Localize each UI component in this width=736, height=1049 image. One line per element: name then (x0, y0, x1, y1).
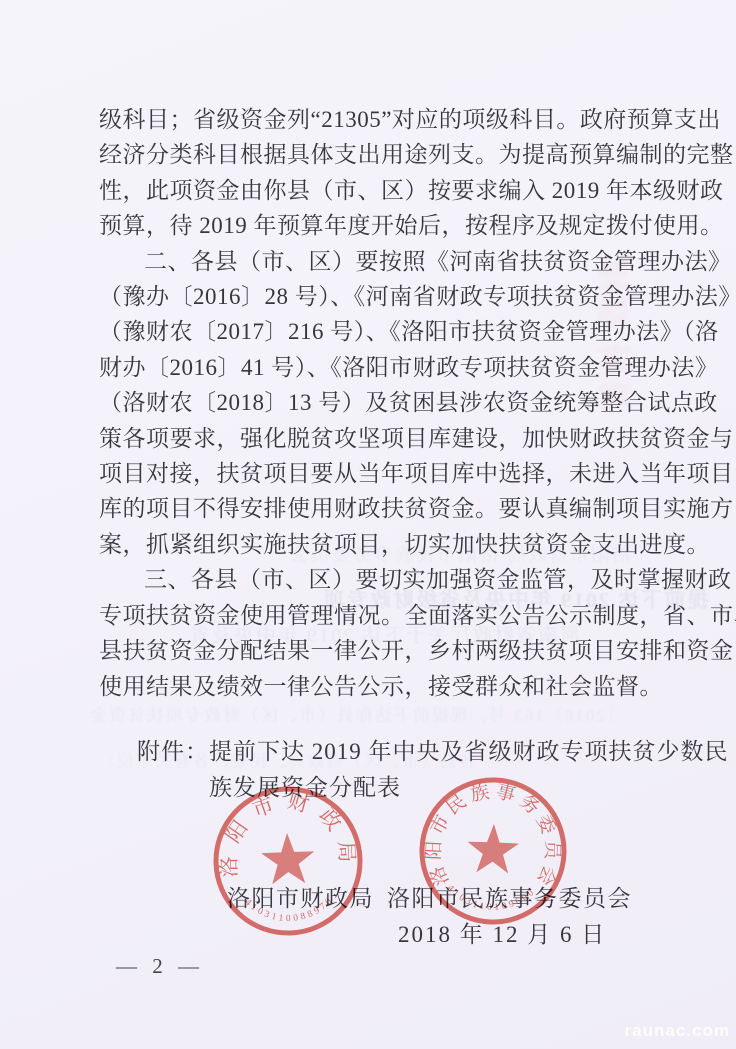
body-line: 策各项要求，强化脱贫攻坚项目库建设，加快财政扶贫资金与 (99, 421, 647, 456)
body-line: （洛财农〔2018〕13 号）及贫困县涉农资金统筹整合试点政 (99, 385, 647, 420)
body-line: 级科目；省级资金列“21305”对应的项级科目。政府预算支出 (99, 102, 647, 137)
watermark: raunac.com (625, 1021, 730, 1041)
body-line: （豫财农〔2017〕216 号）、《洛阳市扶贫资金管理办法》（洛 (99, 314, 647, 349)
official-seal-ethnic-affairs: 洛阳市民族事务委员会 4103110109600 (413, 771, 572, 930)
attachment-title-line1: 提前下达 2019 年中央及省级财政专项扶贫少数民 (209, 734, 729, 770)
page-number: — 2 — (116, 954, 204, 979)
body-line-section-3: 三、各县（市、区）要切实加强资金监管，及时掌握财政 (99, 562, 647, 597)
bleed-through-text: 〔2018〕163 号，现提前下达你县（市、区）财政专项扶贫资金 (88, 701, 624, 726)
document-body: 级科目；省级资金列“21305”对应的项级科目。政府预算支出 经济分类科目根据具… (99, 102, 647, 704)
body-line-section-2: 二、各县（市、区）要按照《河南省扶贫资金管理办法》 (99, 244, 647, 279)
body-line: 经济分类科目根据具体支出用途列支。为提高预算编制的完整 (99, 137, 647, 172)
body-line: 专项扶贫资金使用管理情况。全面落实公告公示制度，省、市、 (99, 598, 647, 633)
seal-star-icon (260, 832, 315, 885)
body-line: 案，抓紧组织实施扶贫项目，切实加快扶贫资金支出进度。 (99, 527, 647, 562)
body-line: 项目对接，扶贫项目要从当年项目库中选择，未进入当年项目 (99, 456, 647, 491)
body-line: 性，此项资金由你县（市、区）按要求编入 2019 年本级财政 (99, 173, 647, 208)
body-line: 县扶贫资金分配结果一律公开，乡村两级扶贫项目安排和资金 (99, 633, 647, 668)
body-line: （豫办〔2016〕28 号）、《河南省财政专项扶贫资金管理办法》 (99, 279, 647, 314)
official-seal-finance-bureau: 洛阳市财政局 4103110088970 (207, 780, 368, 941)
body-line: 预算，待 2019 年预算年度开始后，按程序及规定拨付使用。 (99, 208, 647, 243)
seal-serial-arc: 4103110109600 (444, 883, 538, 914)
body-line: 财办〔2016〕41 号）、《洛阳市财政专项扶贫资金管理办法》 (99, 350, 647, 385)
body-line: 库的项目不得安排使用财政扶贫资金。要认真编制项目实施方 (99, 491, 647, 526)
seal-star-icon (467, 823, 520, 874)
seal-serial-arc: 4103110088970 (242, 895, 337, 926)
scanned-document-page: 级科目；省级资金列“21305”对应的项级科目。政府预算支出 经济分类科目根据具… (0, 0, 736, 1049)
body-line: 使用结果及绩效一律公告公示，接受群众和社会监督。 (99, 669, 647, 704)
attachment-label: 附件： (137, 734, 209, 806)
